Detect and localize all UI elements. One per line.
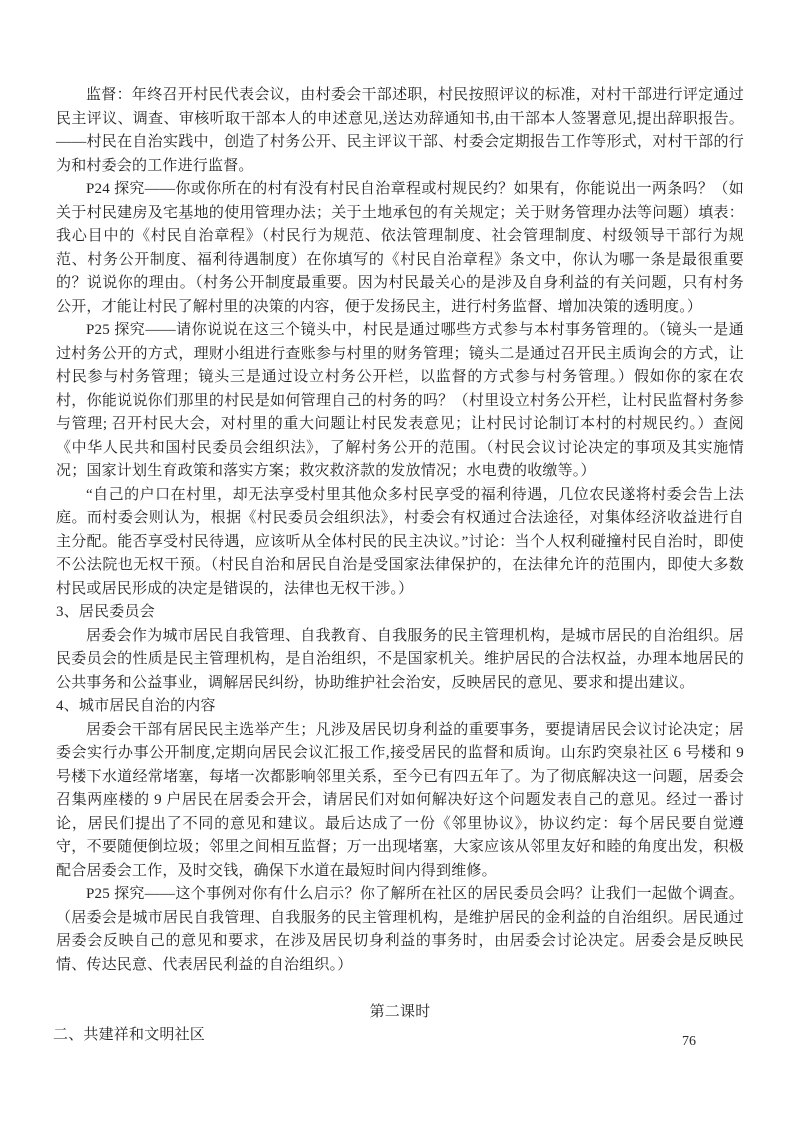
paragraph-p25-inquiry-case: P25 探究——这个事例对你有什么启示？你了解所在社区的居民委员会吗？让我们一起… bbox=[56, 883, 744, 977]
heading-residents-committee: 3、居民委员会 bbox=[56, 601, 744, 625]
paragraph-residents-committee-nature: 居委会作为城市居民自我管理、自我教育、自我服务的民主管理机构，是城市居民的自治组… bbox=[56, 625, 744, 696]
paragraph-supervision: 监督：年终召开村民代表会议，由村委会干部述职，村民按照评议的标准，对村干部进行评… bbox=[56, 84, 744, 178]
heading-urban-self-governance: 4、城市居民自治的内容 bbox=[56, 695, 744, 719]
session-heading: 第二课时 bbox=[56, 1001, 744, 1025]
document-page: 监督：年终召开村民代表会议，由村委会干部述职，村民按照评议的标准，对村干部进行评… bbox=[0, 0, 800, 1132]
paragraph-p25-inquiry-scenes: P25 探究——请你说说在这三个镜头中，村民是通过哪些方式参与本村事务管理的。（… bbox=[56, 319, 744, 484]
section-title: 二、共建祥和文明社区 bbox=[53, 1024, 744, 1048]
paragraph-committee-duties-case: 居委会干部有居民民主选举产生；凡涉及居民切身利益的重要事务，要提请居民会议讨论决… bbox=[56, 719, 744, 884]
paragraph-p24-inquiry: P24 探究——你或你所在的村有没有村民自治章程或村规民约？如果有，你能说出一两… bbox=[56, 178, 744, 319]
paragraph-hukou-case: “自己的户口在村里，却无法享受村里其他众多村民享受的福利待遇，几位农民遂将村委会… bbox=[56, 484, 744, 602]
page-number: 76 bbox=[682, 1034, 696, 1050]
